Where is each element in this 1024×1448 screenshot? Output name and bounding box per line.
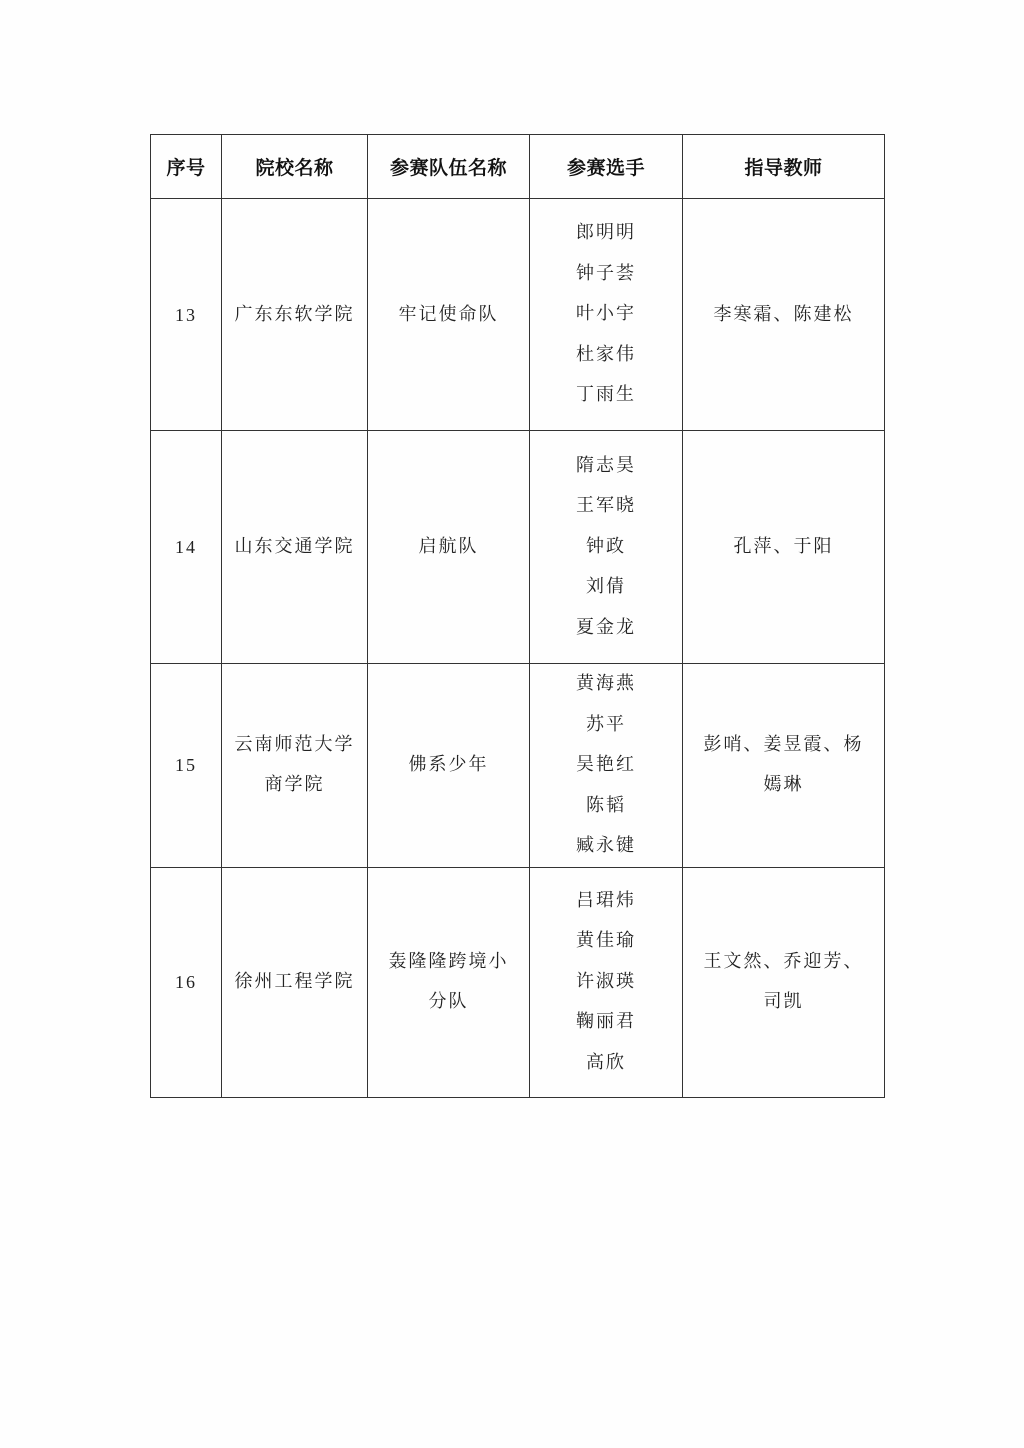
- member-name: 吕珺炜: [576, 881, 636, 922]
- member-name: 黄佳瑜: [576, 921, 636, 962]
- member-name: 刘倩: [586, 567, 626, 608]
- school-name: 徐州工程学院: [222, 867, 368, 1097]
- advisor-names: 王文然、乔迎芳、司凯: [704, 942, 864, 1022]
- table-body: 13 广东东软学院 牢记使命队 郎明明 钟子荟 叶小宇 杜家伟 丁雨生 李寒霜、…: [151, 199, 885, 1098]
- member-list: 吕珺炜 黄佳瑜 许淑瑛 鞠丽君 高欣: [530, 881, 682, 1084]
- member-list: 黄海燕 苏平 吴艳红 陈韬 臧永键: [530, 664, 682, 867]
- advisor-names: 彭哨、姜昱霞、杨嫣琳: [704, 725, 864, 805]
- row-index: 13: [151, 199, 222, 431]
- member-name: 高欣: [586, 1043, 626, 1084]
- member-name: 丁雨生: [576, 375, 636, 416]
- member-name: 杜家伟: [576, 335, 636, 376]
- member-name: 钟政: [586, 527, 626, 568]
- member-cell: 黄海燕 苏平 吴艳红 陈韬 臧永键: [530, 664, 683, 868]
- team-name-text: 牢记使命队: [399, 295, 499, 335]
- team-name-text: 启航队: [419, 527, 479, 567]
- row-index: 15: [151, 664, 222, 868]
- header-advisors: 指导教师: [683, 135, 885, 199]
- member-name: 许淑瑛: [576, 962, 636, 1003]
- member-cell: 郎明明 钟子荟 叶小宇 杜家伟 丁雨生: [530, 199, 683, 431]
- advisor-names: 孔萍、于阳: [734, 527, 834, 567]
- member-name: 钟子荟: [576, 254, 636, 295]
- member-name: 臧永键: [576, 826, 636, 867]
- team-name-text: 佛系少年: [409, 745, 489, 785]
- member-name: 王军晓: [576, 486, 636, 527]
- school-name-text: 山东交通学院: [235, 527, 355, 567]
- member-name: 苏平: [586, 705, 626, 746]
- table-row: 14 山东交通学院 启航队 隋志昊 王军晓 钟政 刘倩 夏金龙 孔萍、于阳: [151, 431, 885, 664]
- competition-roster-table: 序号 院校名称 参赛队伍名称 参赛选手 指导教师 13 广东东软学院 牢记使命队…: [150, 134, 885, 1098]
- advisor-cell: 彭哨、姜昱霞、杨嫣琳: [683, 664, 885, 868]
- table-header: 序号 院校名称 参赛队伍名称 参赛选手 指导教师: [151, 135, 885, 199]
- header-team: 参赛队伍名称: [368, 135, 530, 199]
- member-name: 黄海燕: [576, 664, 636, 705]
- member-name: 夏金龙: [576, 608, 636, 649]
- school-name-text: 广东东软学院: [235, 295, 355, 335]
- member-name: 鞠丽君: [576, 1002, 636, 1043]
- team-name: 轰隆隆跨境小分队: [368, 867, 530, 1097]
- school-name: 山东交通学院: [222, 431, 368, 664]
- member-cell: 隋志昊 王军晓 钟政 刘倩 夏金龙: [530, 431, 683, 664]
- header-members: 参赛选手: [530, 135, 683, 199]
- row-index: 16: [151, 867, 222, 1097]
- advisor-cell: 李寒霜、陈建松: [683, 199, 885, 431]
- advisor-cell: 王文然、乔迎芳、司凯: [683, 867, 885, 1097]
- table-row: 16 徐州工程学院 轰隆隆跨境小分队 吕珺炜 黄佳瑜 许淑瑛 鞠丽君 高欣 王文…: [151, 867, 885, 1097]
- team-name: 牢记使命队: [368, 199, 530, 431]
- member-name: 郎明明: [576, 213, 636, 254]
- member-cell: 吕珺炜 黄佳瑜 许淑瑛 鞠丽君 高欣: [530, 867, 683, 1097]
- table-row: 13 广东东软学院 牢记使命队 郎明明 钟子荟 叶小宇 杜家伟 丁雨生 李寒霜、…: [151, 199, 885, 431]
- school-name-text: 云南师范大学商学院: [230, 725, 360, 805]
- team-name: 启航队: [368, 431, 530, 664]
- table-row: 15 云南师范大学商学院 佛系少年 黄海燕 苏平 吴艳红 陈韬 臧永键 彭哨、姜…: [151, 664, 885, 868]
- team-name: 佛系少年: [368, 664, 530, 868]
- member-list: 郎明明 钟子荟 叶小宇 杜家伟 丁雨生: [530, 213, 682, 416]
- school-name-text: 徐州工程学院: [235, 962, 355, 1002]
- school-name: 广东东软学院: [222, 199, 368, 431]
- member-name: 隋志昊: [576, 446, 636, 487]
- header-school: 院校名称: [222, 135, 368, 199]
- member-name: 叶小宇: [576, 294, 636, 335]
- header-index: 序号: [151, 135, 222, 199]
- team-name-text: 轰隆隆跨境小分队: [384, 942, 514, 1022]
- row-index: 14: [151, 431, 222, 664]
- member-list: 隋志昊 王军晓 钟政 刘倩 夏金龙: [530, 446, 682, 649]
- member-name: 陈韬: [586, 786, 626, 827]
- advisor-names: 李寒霜、陈建松: [714, 295, 854, 335]
- school-name: 云南师范大学商学院: [222, 664, 368, 868]
- member-name: 吴艳红: [576, 745, 636, 786]
- document-page: 序号 院校名称 参赛队伍名称 参赛选手 指导教师 13 广东东软学院 牢记使命队…: [0, 0, 1024, 1448]
- header-row: 序号 院校名称 参赛队伍名称 参赛选手 指导教师: [151, 135, 885, 199]
- advisor-cell: 孔萍、于阳: [683, 431, 885, 664]
